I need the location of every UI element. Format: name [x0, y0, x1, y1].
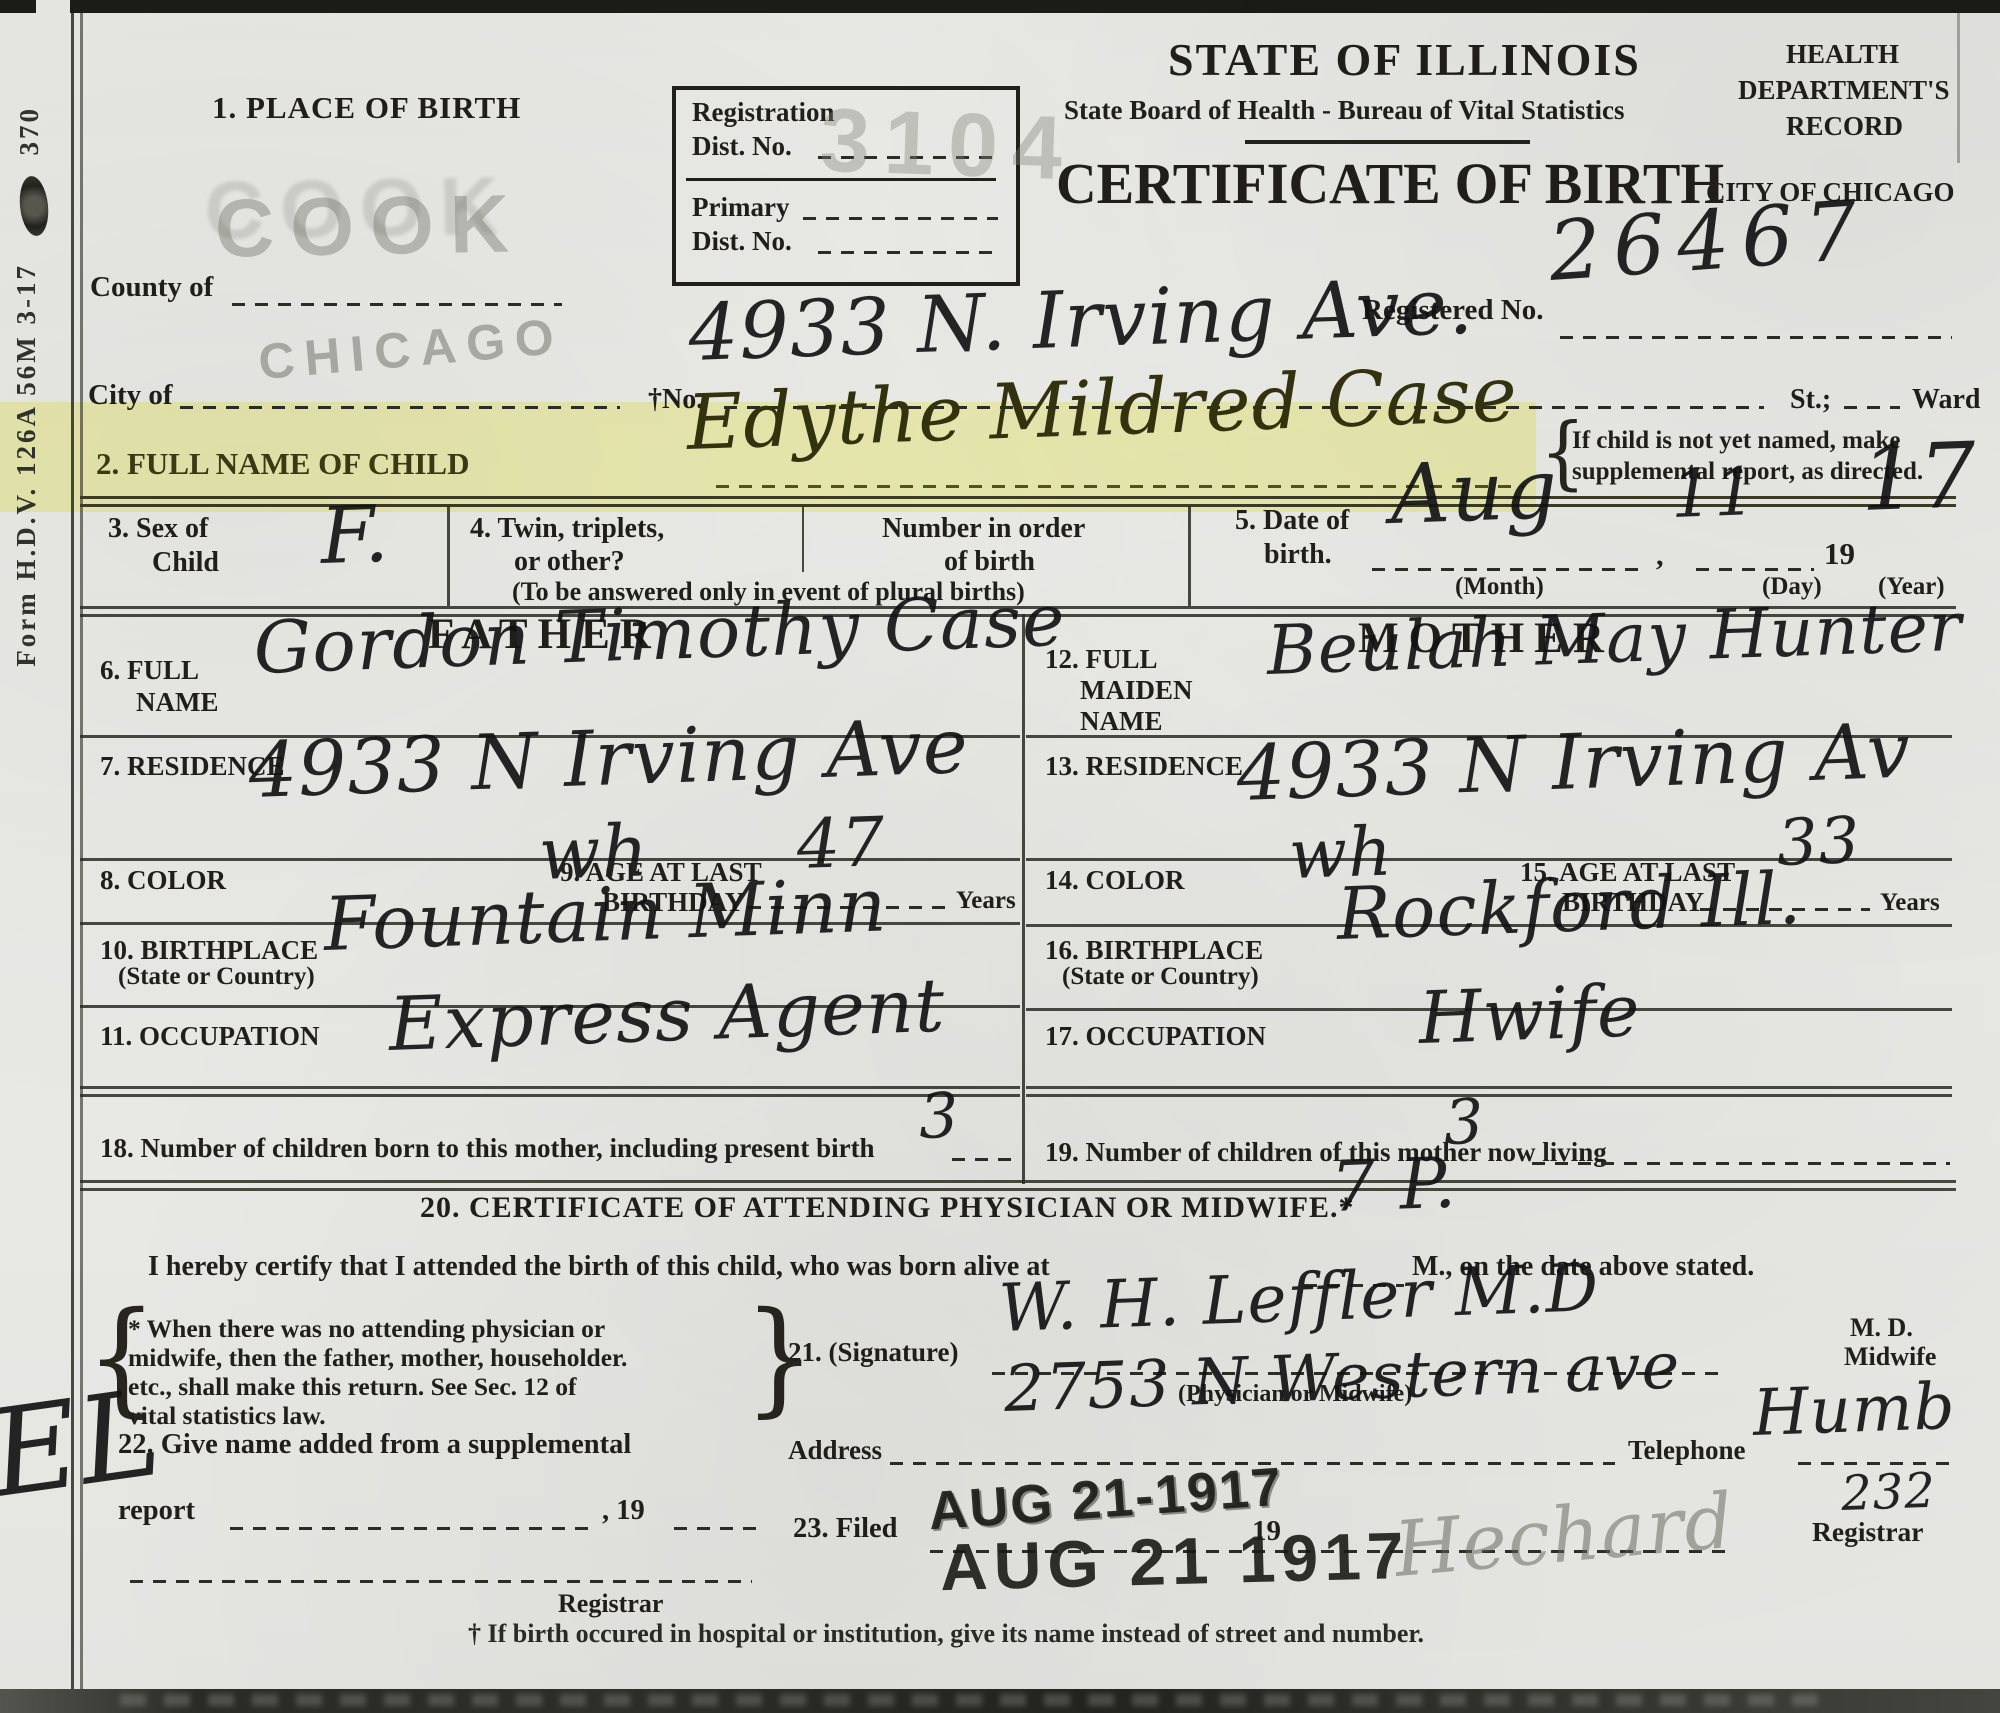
county-line — [232, 303, 562, 306]
pencil-signature: Hechard — [1391, 1483, 1736, 1588]
dept-record-line2: DEPARTMENT'S — [1738, 76, 1950, 104]
dob-month-caption: (Month) — [1455, 574, 1544, 600]
address-value: 2753 N Western ave — [1003, 1334, 1682, 1422]
physician-note-1: * When there was no attending physician … — [128, 1316, 605, 1343]
mother-years-label: Years — [1880, 890, 1940, 916]
form-edge-label: Form H.D.V. 126A 56M 3-17 — [11, 263, 42, 667]
telephone-value: Humb — [1752, 1375, 1957, 1446]
birth-certificate-scan: Form H.D.V. 126A 56M 3-17 370 1. PLACE O… — [0, 0, 2000, 1713]
regbox-dist-no2-label: Dist. No. — [692, 227, 792, 255]
place-of-birth-title: 1. PLACE OF BIRTH — [212, 92, 521, 125]
st-line — [1844, 406, 1900, 409]
father-name-label-1: 6. FULL — [100, 656, 199, 684]
supplemental-registrar-line — [130, 1580, 752, 1583]
form-edge-text: Form H.D.V. 126A 56M 3-17 — [2, 245, 50, 685]
father-color-label: 8. COLOR — [100, 866, 226, 894]
father-residence-value: 4933 N Irving Ave — [247, 708, 970, 809]
mother-occupation-value: Hwife — [1417, 974, 1641, 1054]
dob-day-value: 11 — [1670, 459, 1758, 528]
printer-mark-icon — [17, 175, 51, 238]
children-born-label: 18. Number of children born to this moth… — [100, 1134, 875, 1162]
rule-mother-occupation-1 — [1026, 1086, 1952, 1089]
certify-text-pre: I hereby certify that I attended the bir… — [148, 1252, 1050, 1281]
mother-color-label: 14. COLOR — [1045, 866, 1185, 894]
city-stamp: CHICAGO — [256, 311, 565, 387]
supplemental-label-2: report — [118, 1496, 195, 1526]
physician-section-title: 20. CERTIFICATE OF ATTENDING PHYSICIAN O… — [420, 1192, 1354, 1224]
supplemental-line-1 — [230, 1527, 596, 1530]
state-title: STATE OF ILLINOIS — [1168, 36, 1641, 84]
father-birthplace-label: 10. BIRTHPLACE — [100, 936, 318, 964]
mother-birthplace-sub: (State or Country) — [1062, 964, 1259, 990]
ward-label: Ward — [1912, 385, 1980, 414]
dob-year-printed: 19 — [1824, 538, 1855, 571]
father-name-value: Gordon Timothy Case — [252, 584, 1066, 684]
father-occupation-value: Express Agent — [387, 969, 946, 1062]
top-edge-gap — [36, 0, 70, 13]
supplemental-registrar-label: Registrar — [558, 1590, 663, 1617]
dob-label-2: birth. — [1264, 540, 1332, 569]
filed-date-stamp-bottom: AUG 21 1917 — [939, 1522, 1410, 1600]
supplemental-line-2 — [674, 1527, 766, 1530]
dob-label-1: 5. Date of — [1235, 506, 1349, 535]
address-label: Address — [788, 1436, 882, 1464]
supplemental-label-1: 22. Give name added from a supplemental — [118, 1430, 631, 1460]
board-subtitle: State Board of Health - Bureau of Vital … — [1064, 96, 1624, 124]
regbox-dist-no-label: Dist. No. — [692, 132, 792, 160]
divider-order-dob — [1188, 506, 1191, 606]
dob-month-value: Aug — [1389, 449, 1559, 537]
mother-name-value: Beulah May Hunter — [1266, 594, 1964, 686]
city-label: City of — [88, 380, 173, 410]
bottom-strip-smudge — [120, 1694, 1820, 1706]
signature-label: 21. (Signature) — [788, 1338, 959, 1366]
dob-month-line — [1372, 568, 1644, 571]
father-occupation-label: 11. OCCUPATION — [100, 1022, 320, 1050]
mother-occupation-label: 17. OCCUPATION — [1045, 1022, 1266, 1050]
sex-label-1: 3. Sex of — [108, 514, 208, 543]
county-label: County of — [90, 272, 213, 302]
footnote: † If birth occured in hospital or instit… — [468, 1620, 1424, 1647]
birth-time-value: 7 P. — [1330, 1148, 1458, 1222]
midwife-label: Midwife — [1844, 1343, 1936, 1370]
regbox-primary-line — [803, 217, 998, 220]
children-born-line — [952, 1158, 1016, 1161]
rule-under-stats-1 — [80, 1180, 1956, 1183]
father-name-label-2: NAME — [136, 688, 219, 716]
sex-label-2: Child — [152, 548, 219, 577]
filed-label: 23. Filed — [793, 1514, 898, 1544]
dob-year-value: 17 — [1859, 431, 1979, 525]
child-note-line1: If child is not yet named, make — [1572, 428, 1900, 454]
mother-name-label-1: 12. FULL — [1045, 645, 1158, 673]
masthead-divider — [1245, 140, 1530, 144]
children-living-line — [1532, 1162, 1950, 1165]
children-living-label: 19. Number of children of this mother no… — [1045, 1138, 1607, 1166]
st-label: St.; — [1790, 385, 1831, 414]
mother-residence-value: 4933 N Irving Av — [1235, 713, 1912, 812]
telephone-value-2: 232 — [1840, 1467, 1936, 1518]
registration-number-stamp: 3104 — [819, 96, 1078, 195]
telephone-label: Telephone — [1628, 1436, 1746, 1464]
dob-comma: , — [1656, 540, 1664, 572]
right-edge-line — [1957, 13, 1960, 163]
md-label: M. D. — [1850, 1314, 1913, 1341]
form-edge-number: 370 — [8, 92, 50, 170]
physician-note-2: midwife, then the father, mother, househ… — [128, 1345, 627, 1372]
order-label-2: of birth — [944, 547, 1035, 576]
child-name-label: 2. FULL NAME OF CHILD — [96, 448, 469, 481]
father-years-label: Years — [956, 888, 1016, 914]
children-born-value: 3 — [918, 1085, 961, 1148]
physician-note-3: etc., shall make this return. See Sec. 1… — [128, 1374, 577, 1401]
top-edge-bar — [0, 0, 2000, 13]
county-stamp: COOK — [214, 183, 525, 270]
rule-mother-occupation-2 — [1026, 1094, 1952, 1097]
city-line — [180, 406, 620, 409]
divider-sex-twin — [447, 506, 450, 606]
regbox-registration-label: Registration — [692, 98, 834, 126]
mother-residence-label: 13. RESIDENCE — [1045, 752, 1243, 780]
dob-day-line — [1696, 568, 1814, 571]
registered-no-value: 26467 — [1546, 190, 1872, 294]
registered-no-line — [1560, 336, 1952, 339]
sex-value: F. — [319, 496, 390, 576]
twin-label-2: or other? — [514, 547, 625, 576]
regbox-primary-label: Primary — [692, 193, 789, 221]
mother-name-label-3: NAME — [1080, 707, 1163, 735]
supplemental-year: , 19 — [602, 1496, 645, 1526]
order-label-1: Number in order — [882, 514, 1085, 543]
rule-father-occupation-1 — [80, 1086, 1020, 1089]
regbox-dist-no2-line — [818, 251, 998, 254]
mother-name-label-2: MAIDEN — [1080, 676, 1193, 704]
filed-registrar-label: Registrar — [1812, 1518, 1923, 1547]
father-birthplace-value: Fountain Minn — [322, 868, 888, 962]
dept-record-line1: HEALTH — [1786, 40, 1899, 68]
twin-label-1: 4. Twin, triplets, — [470, 514, 664, 543]
mother-birthplace-value: Rockford Ill. — [1335, 862, 1803, 950]
divider-twin-order — [802, 506, 804, 572]
column-divider — [1022, 614, 1025, 1184]
signature-value: W. H. Leffler M.D — [998, 1255, 1601, 1342]
dept-record-line3: RECORD — [1786, 112, 1903, 140]
form-edge-number-label: 370 — [14, 106, 45, 156]
father-birthplace-sub: (State or Country) — [118, 964, 315, 990]
rule-father-occupation-2 — [80, 1094, 1020, 1097]
mother-birthplace-label: 16. BIRTHPLACE — [1045, 936, 1263, 964]
